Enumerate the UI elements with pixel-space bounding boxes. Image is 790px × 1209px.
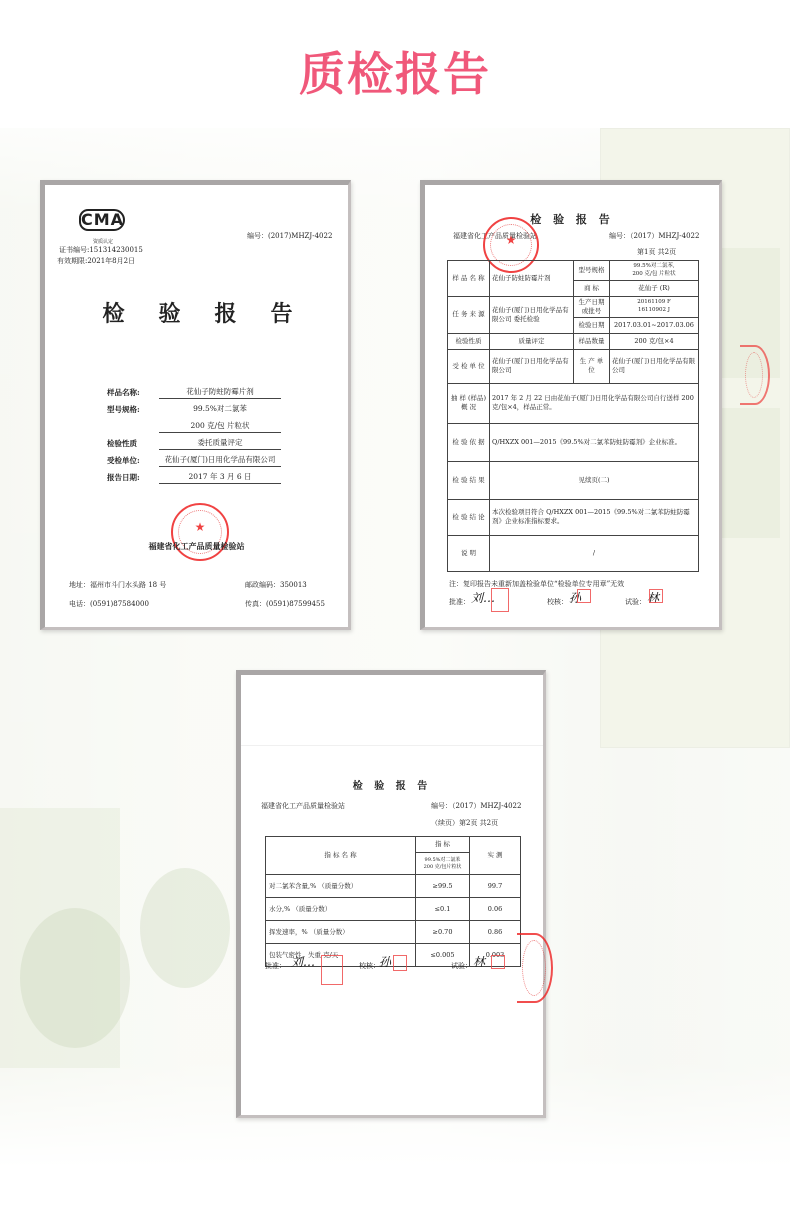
cell-value: Q/HXZX 001—2015《99.5%对二氯苯防蛀防霉剂》企业标准。 — [490, 423, 699, 461]
issuer-name: 福建省化工产品质量检验站 — [45, 541, 348, 552]
cell-value: 花仙子(厦门)日用化学品有限公司 委托检验 — [490, 297, 574, 334]
row-spec: ≥99.5 — [416, 875, 470, 898]
report-info-table: 样 品 名 称 花仙子防蛀防霉片剂 型号规格 99.5%对二氯苯, 200 克/… — [447, 260, 699, 572]
header-measured: 实 测 — [470, 837, 521, 875]
field-value: 2017 年 3 月 6 日 — [159, 471, 281, 484]
cell-value: 花仙子防蛀防霉片剂 — [490, 261, 574, 297]
cell-value: 质量评定 — [490, 333, 574, 349]
cert-number: 证书编号:151314230015 — [59, 245, 143, 255]
review-label: 校核： — [359, 961, 380, 971]
plant-decor — [20, 908, 130, 1048]
issuer-name: 福建省化工产品质量检验站 — [261, 801, 345, 811]
cell-value: 本次检验项目符合 Q/HXZX 001—2015《99.5%对二氯苯防蛀防霉剂》… — [490, 499, 699, 535]
field-label: 受检单位: — [107, 455, 140, 466]
field-label: 型号规格: — [107, 404, 140, 415]
cell-label: 样 品 名 称 — [448, 261, 490, 297]
field-value: 委托质量评定 — [159, 437, 281, 450]
row-name: 水分,% （质量分数） — [266, 898, 416, 921]
cell-label: 检验性质 — [448, 333, 490, 349]
cell-label: 商 标 — [574, 281, 610, 297]
report-number: 编号：（2017）MHZJ-4022 — [431, 801, 521, 811]
report-number: 编号：（2017）MHZJ-4022 — [609, 231, 699, 241]
divider — [241, 745, 543, 746]
cell-value: 花仙子 (R) — [610, 281, 699, 297]
footnote: 注：复印报告未重新加盖检验单位“检验单位专用章”无效 — [449, 579, 624, 589]
postcode: 邮政编码：350013 — [245, 580, 307, 590]
official-seal-icon: ★ — [171, 503, 229, 561]
field-label: 检验性质 — [107, 438, 137, 449]
test-label: 试验： — [451, 961, 472, 971]
cell-value: 20161109 F 16110902 J — [610, 297, 699, 318]
report-number: 编号：(2017)MHZJ-4022 — [247, 231, 332, 241]
plant-decor — [140, 868, 230, 988]
field-label: 报告日期: — [107, 472, 140, 483]
personal-seal-icon — [649, 589, 663, 603]
cell-value: 见续页(二) — [490, 461, 699, 499]
partial-seal-icon — [517, 933, 553, 1003]
cell-value: 200 克/包×4 — [610, 333, 699, 349]
header-spec: 指 标 — [416, 837, 470, 853]
report-page1-document: 检 验 报 告 福建省化工产品质量检验站 编号：（2017）MHZJ-4022 … — [420, 180, 722, 630]
page-title: 质检报告 — [0, 38, 790, 104]
approver-signature: 刘… — [291, 953, 315, 970]
report-page2-document: 检 验 报 告 福建省化工产品质量检验站 编号：（2017）MHZJ-4022 … — [236, 670, 546, 1118]
report-heading: 检验报告 — [45, 297, 348, 328]
cell-value: 花仙子(厦门)日用化学品有限公司 — [490, 349, 574, 383]
test-results-table: 指 标 名 称 指 标 实 测 99.5%对二氯苯 200 克/包片粒状 对二氯… — [265, 836, 521, 967]
header-name: 指 标 名 称 — [266, 837, 416, 875]
phone: 电话：(0591)87584000 — [69, 599, 149, 609]
cell-label: 说 明 — [448, 535, 490, 571]
report-heading: 检 验 报 告 — [425, 211, 719, 227]
reviewer-signature: 孙 — [379, 953, 391, 970]
personal-seal-icon — [393, 955, 407, 971]
row-measured: 99.7 — [470, 875, 521, 898]
field-value: 花仙子防蛀防霉片剂 — [159, 386, 281, 399]
report-cover-document: CMA 资质认定 证书编号:151314230015 有效期限:2021年8月2… — [40, 180, 351, 630]
cell-label: 抽 样 (样品) 概 况 — [448, 383, 490, 423]
field-value: 200 克/包 片粒状 — [159, 420, 281, 433]
cell-label: 任 务 来 源 — [448, 297, 490, 334]
cell-label: 生产日期或批号 — [574, 297, 610, 318]
cell-label: 检验日期 — [574, 317, 610, 333]
cell-value: 2017.03.01~2017.03.06 — [610, 317, 699, 333]
row-spec: ≤0.1 — [416, 898, 470, 921]
personal-seal-icon — [577, 589, 591, 603]
cell-value: / — [490, 535, 699, 571]
fax: 传真：(0591)87599455 — [245, 599, 325, 609]
review-label: 校核： — [547, 597, 568, 607]
logo-caption: 资质认定 — [93, 238, 113, 245]
field-value: 99.5%对二氯苯 — [159, 403, 281, 415]
field-label: 样品名称: — [107, 387, 140, 398]
cma-logo: CMA — [79, 209, 125, 231]
cell-value: 2017 年 2 月 22 日由花仙子(厦门)日用化学品有限公司自行送样 200… — [490, 383, 699, 423]
cell-label: 生 产 单 位 — [574, 349, 610, 383]
partial-seal-icon — [740, 345, 770, 405]
cell-label: 样品数量 — [574, 333, 610, 349]
page-info: 第1页 共2页 — [637, 247, 676, 257]
report-heading: 检 验 报 告 — [241, 777, 543, 792]
cell-label: 检 验 结 论 — [448, 499, 490, 535]
cell-value: 花仙子(厦门)日用化学品有限公司 — [610, 349, 699, 383]
tester-signature: 林 — [473, 953, 485, 970]
row-name: 挥发速率，% （质量分数） — [266, 921, 416, 944]
header-spec-sub: 99.5%对二氯苯 200 克/包片粒状 — [416, 853, 470, 875]
cell-value: 99.5%对二氯苯, 200 克/包 片粒状 — [610, 261, 699, 281]
row-name: 对二氯苯含量,% （质量分数） — [266, 875, 416, 898]
approve-label: 批准： — [449, 597, 470, 607]
field-value: 花仙子(厦门)日用化学品有限公司 — [159, 454, 281, 467]
test-label: 试验： — [625, 597, 646, 607]
cell-label: 型号规格 — [574, 261, 610, 281]
approve-label: 批准： — [265, 961, 286, 971]
row-spec: ≥0.70 — [416, 921, 470, 944]
cell-label: 检 验 依 据 — [448, 423, 490, 461]
cell-label: 受 检 单 位 — [448, 349, 490, 383]
personal-seal-icon — [321, 955, 343, 985]
cell-label: 检 验 结 果 — [448, 461, 490, 499]
row-measured: 0.06 — [470, 898, 521, 921]
row-measured: 0.86 — [470, 921, 521, 944]
personal-seal-icon — [491, 955, 505, 969]
address: 地址：福州市斗门水头路 18 号 — [69, 580, 166, 590]
personal-seal-icon — [491, 588, 509, 612]
valid-until: 有效期限:2021年8月2日 — [57, 256, 135, 266]
page-info: （续页）第2页 共2页 — [431, 818, 498, 828]
